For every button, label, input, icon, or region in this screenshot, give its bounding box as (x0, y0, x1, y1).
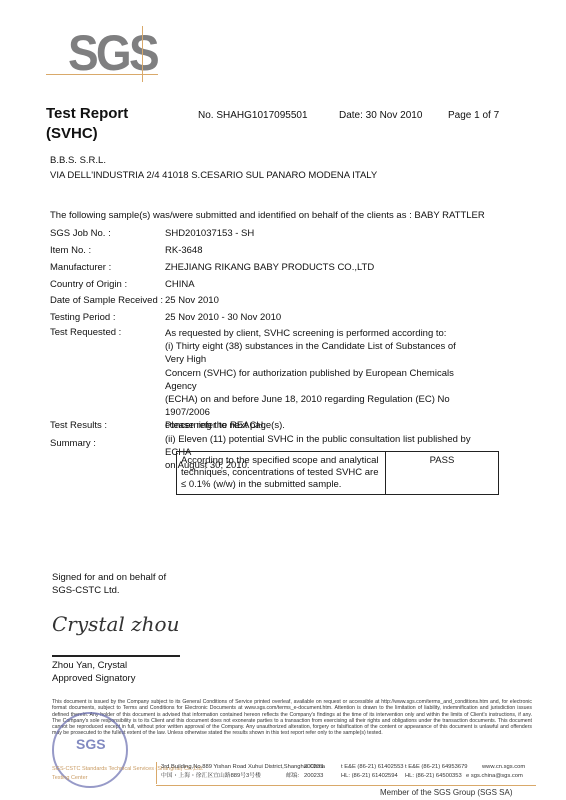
member-line: Member of the SGS Group (SGS SA) (380, 788, 513, 797)
footer-postcode-cn: 200233 (304, 772, 323, 781)
client-name: B.B.S. S.R.L. (50, 155, 106, 166)
summary-label: Summary : (50, 438, 96, 449)
title-line1: Test Report (46, 104, 128, 124)
field-value-item-no: RK-3648 (165, 245, 203, 256)
stamp-text: SGS (76, 736, 106, 752)
text-line: (i) Thirty eight (38) substances in the … (165, 340, 475, 366)
logo-rule-vertical (142, 26, 143, 82)
summary-row: According to the specified scope and ana… (177, 452, 499, 495)
footer-rule-vertical (156, 762, 157, 784)
footer-web-link[interactable]: www.cn.sgs.com (482, 763, 525, 772)
title-line2: (SVHC) (46, 124, 128, 144)
footer-rule (156, 785, 536, 786)
field-label: SGS Job No. : (50, 228, 111, 239)
field-value-job-no: SHD201037153 - SH (165, 228, 254, 239)
intro-text: The following sample(s) was/were submitt… (50, 210, 485, 221)
test-results-value: Please refer to next page(s). (165, 420, 285, 431)
footer-fax2: HL: (86-21) 64500353 (405, 772, 462, 781)
signatory-role: Approved Signatory (52, 673, 135, 684)
handwritten-signature: Crystal zhou (52, 612, 179, 636)
signed-for-line2: SGS-CSTC Ltd. (52, 585, 120, 596)
logo-text: SGS (68, 28, 157, 78)
field-value-manufacturer: ZHEJIANG RIKANG BABY PRODUCTS CO.,LTD (165, 262, 374, 273)
sgs-logo: SGS (46, 26, 158, 84)
test-requested-label: Test Requested : (50, 327, 121, 338)
test-results-label: Test Results : (50, 420, 107, 431)
footer-postcode-cn-label: 邮编: (286, 772, 299, 781)
text-line: As requested by client, SVHC screening i… (165, 327, 475, 340)
field-value-testing-period: 25 Nov 2010 - 30 Nov 2010 (165, 312, 281, 323)
summary-table: According to the specified scope and ana… (176, 451, 499, 495)
field-value-country: CHINA (165, 279, 195, 290)
field-label: Country of Origin : (50, 279, 127, 290)
report-title: Test Report (SVHC) (46, 104, 128, 144)
page-indicator: Page 1 of 7 (448, 110, 499, 121)
footer-fax1: HL: (86-21) 61402594 (341, 772, 398, 781)
field-label: Date of Sample Received : (50, 295, 163, 306)
field-label: Manufacturer : (50, 262, 111, 273)
field-value-date-received: 25 Nov 2010 (165, 295, 219, 306)
text-line: Concern (SVHC) for authorization publish… (165, 367, 475, 393)
footer-phone2: t E&E (86-21) 64953679 (405, 763, 468, 772)
signature-line (52, 655, 180, 657)
footer-postcode-en: 200233 (304, 763, 323, 772)
report-number: No. SHAHG1017095501 (198, 110, 308, 121)
footer-phone1: t E&E (86-21) 61402553 (341, 763, 404, 772)
report-date: Date: 30 Nov 2010 (339, 110, 422, 121)
field-label: Testing Period : (50, 312, 115, 323)
disclaimer-text: This document is issued by the Company s… (52, 699, 532, 737)
client-address: VIA DELL'INDUSTRIA 2/4 41018 S.CESARIO S… (50, 170, 377, 181)
text-line: (ECHA) on and before June 18, 2010 regar… (165, 393, 475, 419)
footer-address-cn: 中国・上海・徐汇区宜山路889号3号楼 (161, 772, 261, 781)
field-label: Item No. : (50, 245, 91, 256)
signed-for-line1: Signed for and on behalf of (52, 572, 166, 583)
footer-email-link[interactable]: e sgs.china@sgs.com (466, 772, 523, 781)
summary-description: According to the specified scope and ana… (177, 452, 386, 495)
summary-result: PASS (386, 452, 499, 495)
footer-address-en: 3rd Building,No.889 Yishan Road Xuhui Di… (161, 763, 325, 772)
signatory-name: Zhou Yan, Crystal (52, 660, 127, 671)
